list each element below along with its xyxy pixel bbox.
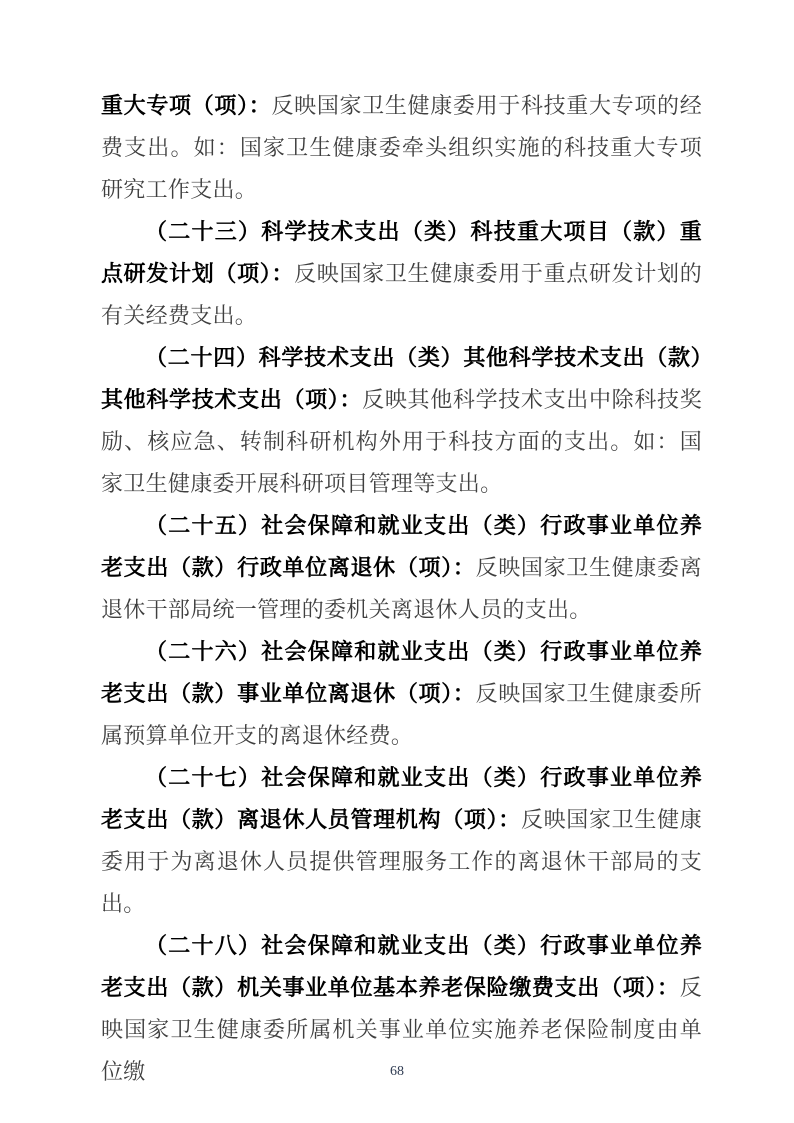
paragraph-lead: 重大专项（项）： (101, 93, 271, 118)
paragraph-lead: （二十八）社会保障和就业支出（类）行政事业单位养老支出（款）机关事业单位基本养老… (101, 933, 702, 1000)
page-footer: 68 (0, 1062, 794, 1082)
paragraph-item-24: （二十四）科学技术支出（类）其他科学技术支出（款）其他科学技术支出（项）：反映其… (101, 337, 702, 505)
paragraph-item-26: （二十六）社会保障和就业支出（类）行政事业单位养老支出（款）事业单位离退休（项）… (101, 631, 702, 757)
page-number: 68 (390, 1064, 404, 1079)
paragraph-item-25: （二十五）社会保障和就业支出（类）行政事业单位养老支出（款）行政单位离退休（项）… (101, 505, 702, 631)
document-page: 重大专项（项）：反映国家卫生健康委用于科技重大专项的经费支出。如：国家卫生健康委… (0, 0, 794, 1123)
paragraph-major-special-item: 重大专项（项）：反映国家卫生健康委用于科技重大专项的经费支出。如：国家卫生健康委… (101, 85, 702, 211)
paragraph-item-23: （二十三）科学技术支出（类）科技重大项目（款）重点研发计划（项）：反映国家卫生健… (101, 211, 702, 337)
document-body: 重大专项（项）：反映国家卫生健康委用于科技重大专项的经费支出。如：国家卫生健康委… (101, 85, 702, 1093)
paragraph-item-27: （二十七）社会保障和就业支出（类）行政事业单位养老支出（款）离退休人员管理机构（… (101, 757, 702, 925)
